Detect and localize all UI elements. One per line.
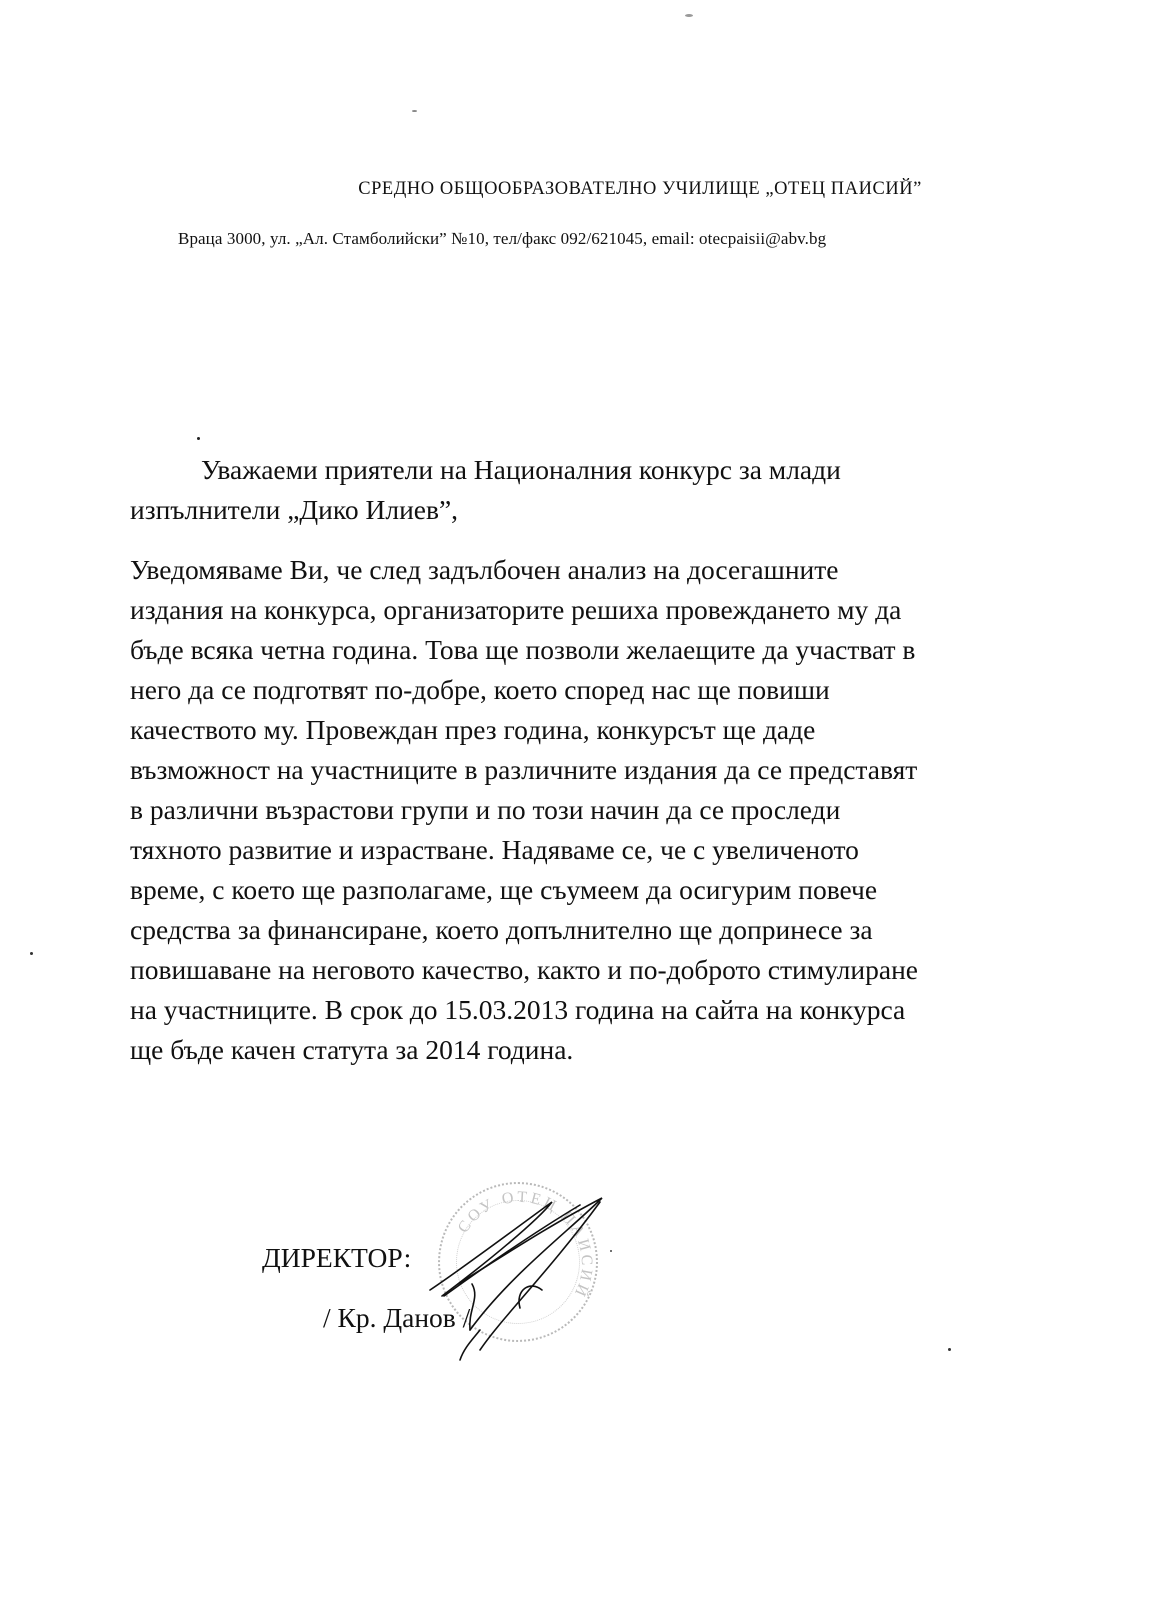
- body-line: средства за финансиране, което допълните…: [130, 910, 1030, 950]
- school-name-text: СРЕДНО ОБЩООБРАЗОВАТЕЛНО УЧИЛИЩЕ „ОТЕЦ П…: [358, 178, 922, 200]
- body-line: качеството му. Провеждан през година, ко…: [130, 710, 1030, 750]
- body-line: издания на конкурса, организаторите реши…: [130, 590, 1030, 630]
- greeting-line-1: Уважаеми приятели на Националния конкурс…: [130, 450, 1010, 490]
- school-address: Враца 3000, ул. „Ал. Стамболийски” №10, …: [178, 229, 826, 249]
- scan-speck: [197, 437, 200, 440]
- scan-speck: [685, 14, 693, 17]
- scan-speck: [948, 1348, 951, 1351]
- body-line: бъде всяка четна година. Това ще позволи…: [130, 630, 1030, 670]
- body-line: Уведомяваме Ви, че след задълбочен анали…: [130, 550, 1030, 590]
- body-line: време, с което ще разполагаме, ще съумее…: [130, 870, 1030, 910]
- body-line: възможност на участниците в различните и…: [130, 750, 1030, 790]
- body-line: тяхното развитие и израстване. Надяваме …: [130, 830, 1030, 870]
- letter-body: Уведомяваме Ви, че след задълбочен анали…: [130, 550, 1030, 1070]
- scanned-letter-page: СРЕДНО ОБЩООБРАЗОВАТЕЛНО УЧИЛИЩЕ „ОТЕЦ П…: [0, 0, 1154, 1600]
- body-line: повишаване на неговото качество, както и…: [130, 950, 1030, 990]
- handwritten-signature: [420, 1180, 620, 1370]
- body-line: на участниците. В срок до 15.03.2013 год…: [130, 990, 1030, 1030]
- school-name-heading: СРЕДНО ОБЩООБРАЗОВАТЕЛНО УЧИЛИЩЕ „ОТЕЦ П…: [17, 178, 1136, 200]
- letter-greeting: Уважаеми приятели на Националния конкурс…: [130, 450, 1010, 530]
- scan-speck: [412, 110, 417, 112]
- body-line: ще бъде качен статута за 2014 година.: [130, 1030, 1030, 1070]
- director-title: ДИРЕКТОР:: [262, 1242, 411, 1274]
- scan-speck: [30, 952, 33, 955]
- body-line: в различни възрастови групи и по този на…: [130, 790, 1030, 830]
- greeting-line-2: изпълнители „Дико Илиев”,: [130, 490, 1010, 530]
- body-line: него да се подготвят по-добре, което спо…: [130, 670, 1030, 710]
